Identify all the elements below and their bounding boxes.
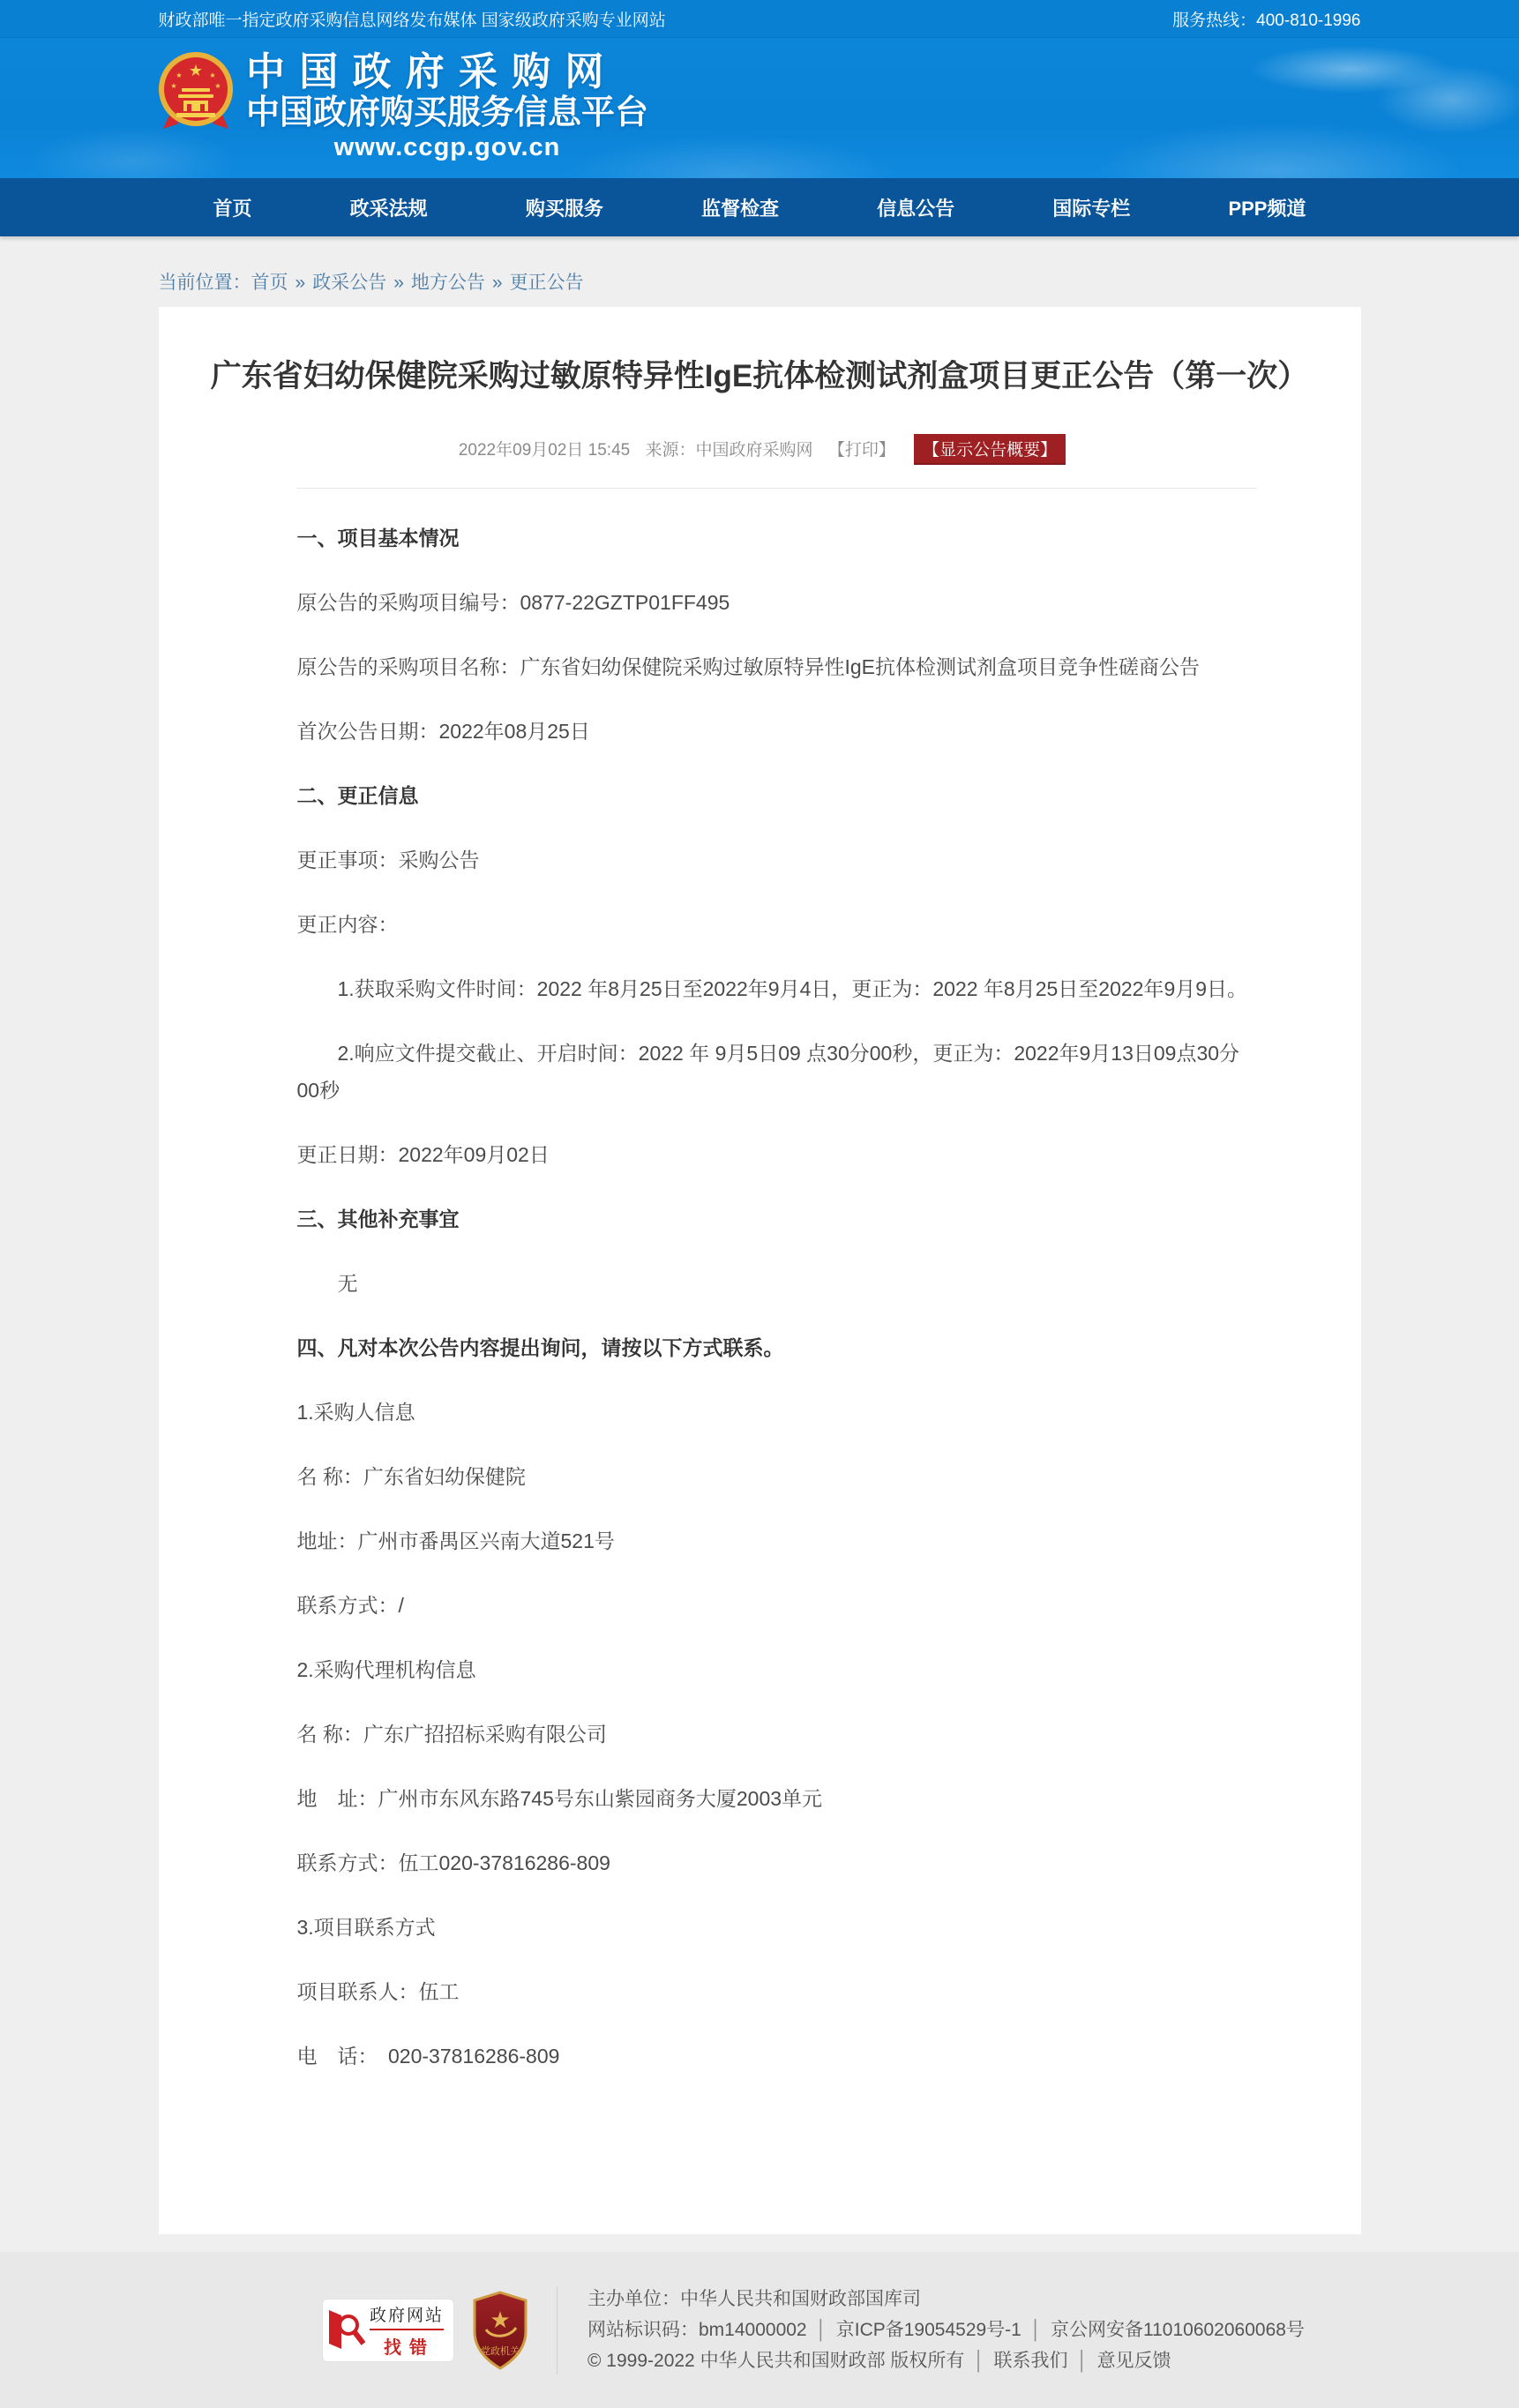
- footer-separator: │: [1030, 2320, 1042, 2340]
- party-gov-shield-badge[interactable]: ★ 党政机关: [470, 2291, 530, 2370]
- paragraph: 2.响应文件提交截止、开启时间：2022 年 9月5日09 点30分00秒，更正…: [297, 1035, 1257, 1109]
- site-subtitle: 中国政府购买服务信息平台: [246, 93, 648, 132]
- site-url: www.ccgp.gov.cn: [246, 132, 648, 162]
- nav-item-regulations[interactable]: 政采法规: [350, 194, 428, 221]
- breadcrumb-separator: »: [492, 273, 503, 293]
- article-body: 一、项目基本情况 原公告的采购项目编号：0877-22GZTP01FF495 原…: [297, 488, 1257, 2075]
- gov-site-error-report-badge[interactable]: 政府网站 找错: [322, 2299, 454, 2362]
- paragraph: 首次公告日期：2022年08月25日: [297, 713, 1257, 750]
- breadcrumb-home[interactable]: 首页: [251, 273, 288, 293]
- paragraph: 电 话： 020-37816286-809: [297, 2038, 1257, 2075]
- publish-datetime: 2022年09月02日 15:45: [459, 441, 630, 460]
- paragraph: 名 称：广东省妇幼保健院: [297, 1458, 1257, 1495]
- paragraph: 1.采购人信息: [297, 1394, 1257, 1431]
- section-heading: 二、更正信息: [297, 777, 1257, 814]
- nav-item-supervision[interactable]: 监督检查: [701, 194, 779, 221]
- svg-text:★: ★: [490, 2307, 510, 2333]
- svg-text:★: ★: [170, 82, 176, 90]
- nav-item-ppp[interactable]: PPP频道: [1228, 194, 1306, 221]
- article-source: 来源：中国政府采购网: [646, 441, 813, 460]
- paragraph: 联系方式：/: [297, 1587, 1257, 1624]
- paragraph: 联系方式：伍工020-37816286-809: [297, 1844, 1257, 1881]
- svg-text:★: ★: [176, 71, 182, 79]
- breadcrumb-separator: »: [296, 273, 306, 293]
- show-summary-button[interactable]: 【显示公告概要】: [914, 434, 1066, 465]
- breadcrumb: 当前位置：首页»政采公告»地方公告»更正公告: [159, 236, 1361, 307]
- cloud-decoration: [1376, 64, 1519, 135]
- badge-find-error-action: 找错: [372, 2333, 446, 2359]
- magnifier-icon: [328, 2307, 367, 2353]
- page-footer: 政府网站 找错 ★ 党政机关 主办单位：中华人民共和国财政部国库司 网站标识码：…: [0, 2252, 1519, 2408]
- breadcrumb-local-notices[interactable]: 地方公告: [411, 273, 485, 293]
- footer-separator: │: [973, 2351, 984, 2371]
- paragraph: 1.获取采购文件时间：2022 年8月25日至2022年9月4日，更正为：202…: [297, 970, 1257, 1007]
- copyright-text: © 1999-2022 中华人民共和国财政部 版权所有: [587, 2351, 964, 2371]
- paragraph: 原公告的采购项目名称：广东省妇幼保健院采购过敏原特异性IgE抗体检测试剂盒项目竞…: [297, 648, 1257, 685]
- paragraph: 地 址：广州市东风东路745号东山紫园商务大厦2003单元: [297, 1780, 1257, 1817]
- police-record-link[interactable]: 京公网安备11010602060068号: [1051, 2320, 1305, 2340]
- paragraph: 原公告的采购项目编号：0877-22GZTP01FF495: [297, 584, 1257, 621]
- icp-license-link[interactable]: 京ICP备19054529号-1: [836, 2320, 1021, 2340]
- footer-separator: │: [816, 2320, 827, 2340]
- svg-text:★: ★: [214, 82, 221, 90]
- svg-text:★: ★: [189, 62, 203, 79]
- paragraph: 更正事项：采购公告: [297, 841, 1257, 879]
- paragraph: 2.采购代理机构信息: [297, 1651, 1257, 1688]
- site-logo[interactable]: ★ ★ ★ ★ ★ 中 国 政 府 采 购 网 中国政府购买服务信息平台 www…: [158, 51, 648, 162]
- contact-us-link[interactable]: 联系我们: [994, 2351, 1068, 2371]
- footer-divider: [557, 2286, 557, 2374]
- feedback-link[interactable]: 意见反馈: [1097, 2351, 1171, 2371]
- footer-organizer: 主办单位：中华人民共和国财政部国库司: [587, 2284, 1305, 2315]
- article-meta: 2022年09月02日 15:45 来源：中国政府采购网 【打印】 【显示公告概…: [159, 434, 1361, 465]
- section-heading: 三、其他补充事宜: [297, 1200, 1257, 1238]
- breadcrumb-label: 当前位置：: [159, 273, 251, 293]
- section-heading: 一、项目基本情况: [297, 520, 1257, 557]
- top-strip: 财政部唯一指定政府采购信息网络发布媒体 国家级政府采购专业网站 服务热线：400…: [0, 0, 1519, 38]
- paragraph: 地址：广州市番禺区兴南大道521号: [297, 1522, 1257, 1559]
- article-card: 广东省妇幼保健院采购过敏原特异性IgE抗体检测试剂盒项目更正公告（第一次） 20…: [159, 307, 1361, 2234]
- breadcrumb-separator: »: [393, 273, 404, 293]
- site-header: ★ ★ ★ ★ ★ 中 国 政 府 采 购 网 中国政府购买服务信息平台 www…: [0, 38, 1519, 178]
- main-nav: 首页 政采法规 购买服务 监督检查 信息公告 国际专栏 PPP频道: [0, 178, 1519, 236]
- paragraph: 3.项目联系方式: [297, 1909, 1257, 1946]
- print-button[interactable]: 【打印】: [828, 441, 895, 460]
- paragraph: 项目联系人：伍工: [297, 1973, 1257, 2010]
- svg-text:党政机关: 党政机关: [481, 2344, 520, 2357]
- svg-text:★: ★: [209, 71, 215, 79]
- site-slogan: 财政部唯一指定政府采购信息网络发布媒体 国家级政府采购专业网站: [159, 7, 666, 31]
- paragraph: 更正日期：2022年09月02日: [297, 1136, 1257, 1173]
- paragraph: 名 称：广东广招招标采购有限公司: [297, 1716, 1257, 1753]
- paragraph: 无: [297, 1265, 1257, 1302]
- nav-item-announcements[interactable]: 信息公告: [877, 194, 954, 221]
- badge-find-error-title: 政府网站: [370, 2302, 444, 2330]
- footer-separator: │: [1077, 2351, 1089, 2371]
- page-title: 广东省妇幼保健院采购过敏原特异性IgE抗体检测试剂盒项目更正公告（第一次）: [159, 356, 1361, 397]
- paragraph: 更正内容：: [297, 906, 1257, 943]
- site-id-code: 网站标识码：bm14000002: [587, 2320, 807, 2340]
- breadcrumb-current: 更正公告: [510, 273, 584, 293]
- breadcrumb-procurement-notices[interactable]: 政采公告: [312, 273, 386, 293]
- section-heading: 四、凡对本次公告内容提出询问，请按以下方式联系。: [297, 1329, 1257, 1366]
- nav-item-purchase-service[interactable]: 购买服务: [526, 194, 603, 221]
- national-emblem-icon: ★ ★ ★ ★ ★: [158, 51, 234, 132]
- site-title: 中 国 政 府 采 购 网: [246, 51, 648, 93]
- nav-item-international[interactable]: 国际专栏: [1052, 194, 1130, 221]
- service-hotline: 服务热线：400-810-1996: [1172, 7, 1360, 31]
- nav-item-home[interactable]: 首页: [213, 194, 252, 221]
